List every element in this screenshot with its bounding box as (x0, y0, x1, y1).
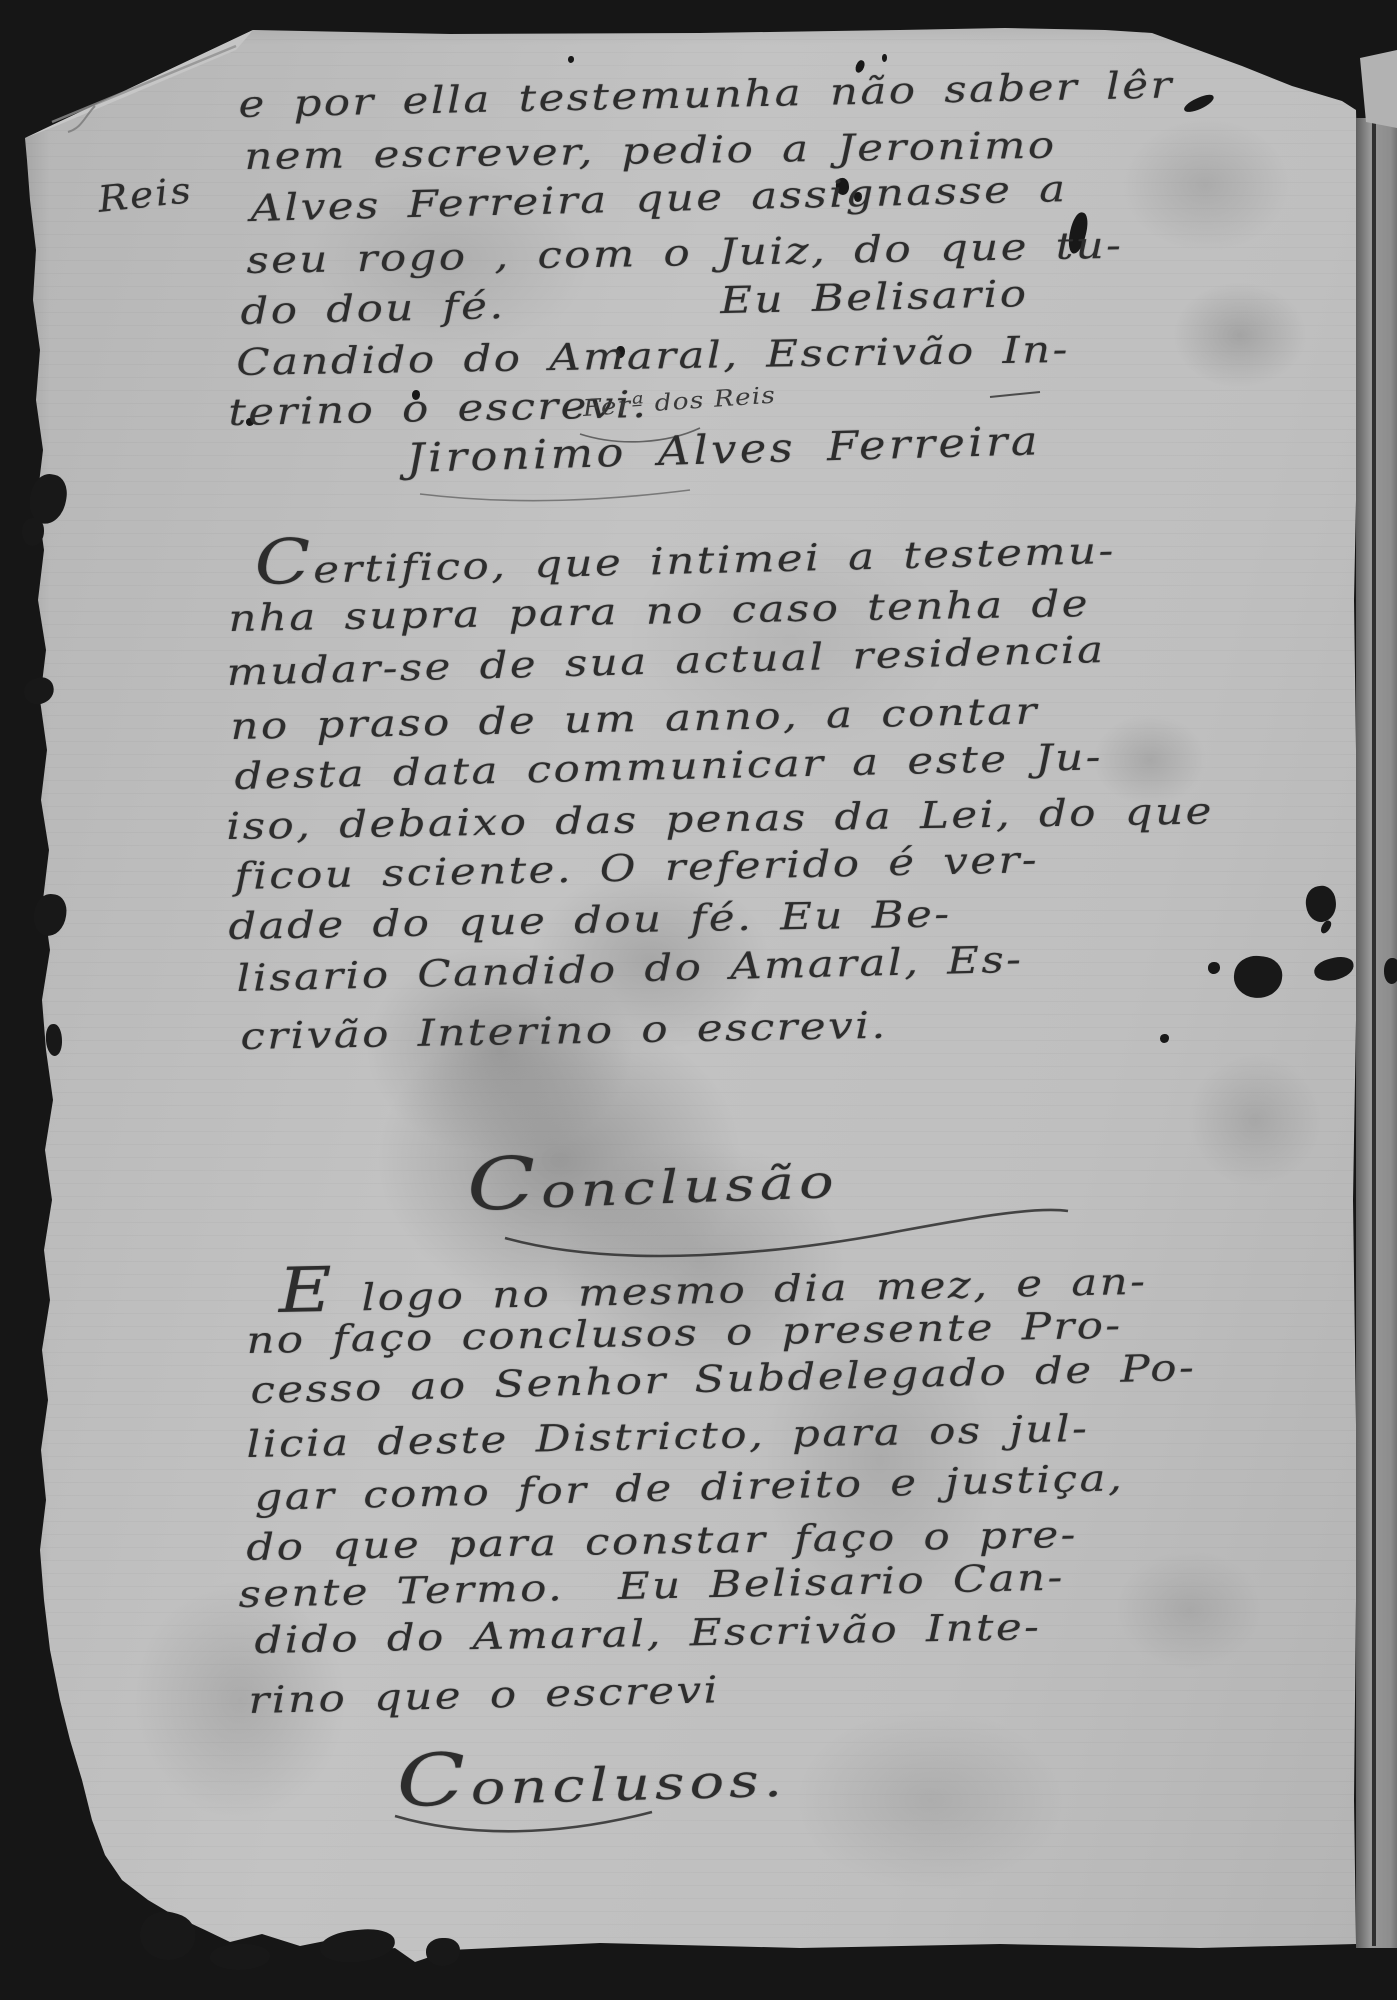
handwriting-layer: Reis e por ella testemunha não saber lêr… (0, 0, 1397, 2000)
section-heading-conclusao: Conclusão (466, 1147, 839, 1221)
manuscript-line: gar como for de direito e justiça, (254, 1457, 1125, 1519)
manuscript-line: mudar-se de sua actual residencia (226, 629, 1106, 695)
section-heading-conclusos: Conclusos. (396, 1746, 788, 1817)
manuscript-line: e por ella testemunha não saber lêr (238, 64, 1174, 126)
manuscript-line: iso, debaixo das penas da Lei, do que (226, 790, 1214, 848)
manuscript-line: do dou fé. Eu Belisario (240, 273, 1029, 333)
manuscript-line: Candido do Amaral, Escrivão In- (236, 329, 1070, 385)
manuscript-line: dido do Amaral, Escrivão Inte- (254, 1606, 1042, 1662)
scanned-document-page: { "page": { "kind": "scanned handwritten… (0, 0, 1397, 2000)
manuscript-line: Certifico, que intimei a testemu- (254, 517, 1116, 594)
manuscript-line: dade do que dou fé. Eu Be- (228, 893, 952, 948)
manuscript-line: licia deste Districto, para os jul- (246, 1408, 1090, 1467)
manuscript-line: crivão Interino o escrevi. (240, 1005, 888, 1059)
manuscript-line: ficou sciente. O referido é ver- (234, 839, 1039, 898)
manuscript-line: rino que o escrevi (248, 1669, 720, 1722)
manuscript-line: Alves Ferreira que assignasse a (250, 168, 1068, 231)
manuscript-line: lisario Candido do Amaral, Es- (236, 939, 1024, 1001)
margin-note: Reis (96, 170, 195, 221)
